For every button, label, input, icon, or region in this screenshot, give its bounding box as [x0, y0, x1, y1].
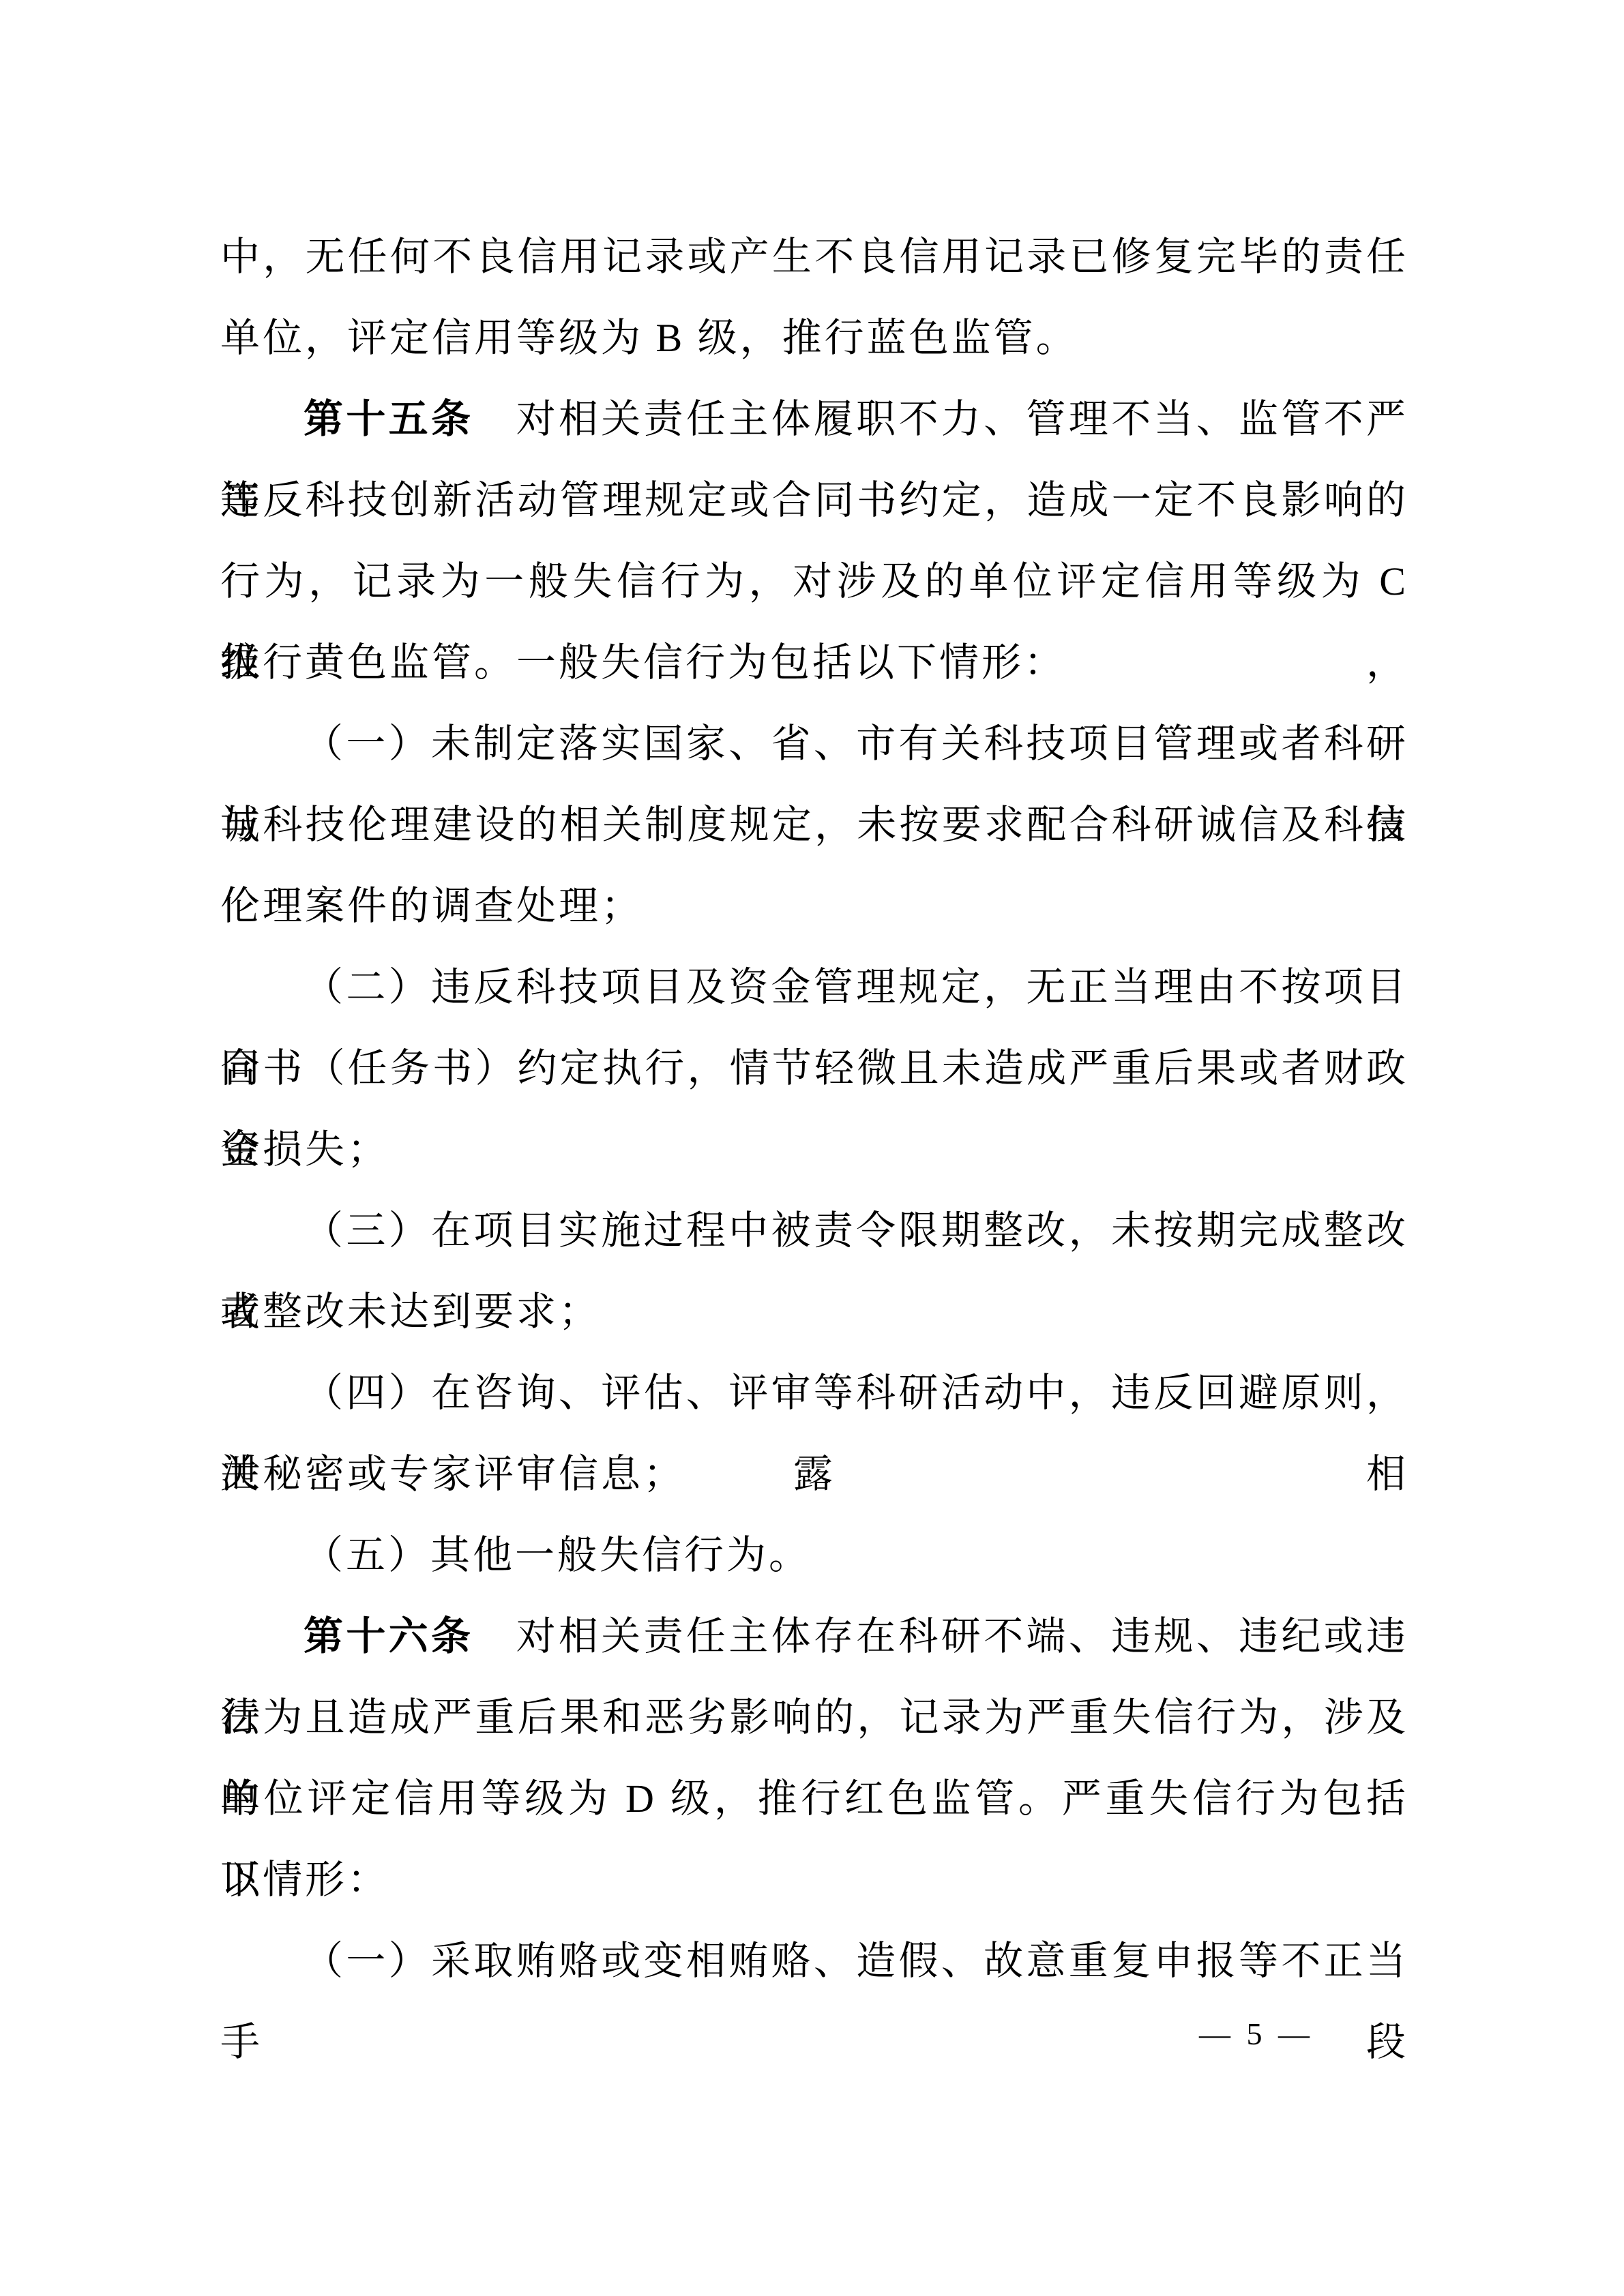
- line-text: 伦理案件的调查处理；: [220, 884, 643, 928]
- body-line: 违反科技创新活动管理规定或合同书约定，造成一定不良影响的: [220, 460, 1408, 541]
- document-body: 中，无任何不良信用记录或产生不良信用记录已修复完毕的责任 单位，评定信用等级为 …: [220, 216, 1408, 2001]
- line-text: 违反科技创新活动管理规定或合同书约定，造成一定不良影响的: [220, 478, 1408, 522]
- body-line: 与科技伦理建设的相关制度规定，未按要求配合科研诚信及科技: [220, 784, 1408, 865]
- line-text: 关秘密或专家评审信息；: [220, 1452, 685, 1496]
- body-line: 中，无任何不良信用记录或产生不良信用记录已修复完毕的责任: [220, 216, 1408, 297]
- body-line-item-5: （五）其他一般失信行为。: [220, 1515, 1408, 1596]
- page-number: — 5 —: [1199, 2014, 1314, 2055]
- document-page: 中，无任何不良信用记录或产生不良信用记录已修复完毕的责任 单位，评定信用等级为 …: [0, 0, 1624, 2296]
- line-text: 与科技伦理建设的相关制度规定，未按要求配合科研诚信及科技: [220, 803, 1408, 847]
- body-line: 金损失；: [220, 1109, 1408, 1190]
- body-line: 同书（任务书）约定执行，情节轻微且未造成严重后果或者财政资: [220, 1028, 1408, 1109]
- body-line-item-1-severe: （一）采取贿赂或变相贿赂、造假、故意重复申报等不正当手段: [220, 1920, 1408, 2001]
- body-line-item-2: （二）违反科技项目及资金管理规定，无正当理由不按项目合: [220, 946, 1408, 1028]
- line-text: 中，无任何不良信用记录或产生不良信用记录已修复完毕的责任: [220, 235, 1408, 279]
- body-line: 行为，记录为一般失信行为，对涉及的单位评定信用等级为 C 级，: [220, 541, 1408, 622]
- article-15-heading: 第十五条: [304, 397, 473, 441]
- body-line: 伦理案件的调查处理；: [220, 865, 1408, 946]
- body-line: 单位评定信用等级为 D 级，推行红色监管。严重失信行为包括以: [220, 1758, 1408, 1839]
- line-text: （五）其他一般失信行为。: [304, 1533, 811, 1577]
- line-text: 金损失；: [220, 1127, 389, 1172]
- line-text: 下情形：: [220, 1858, 389, 1902]
- body-line: 行为且造成严重后果和恶劣影响的，记录为严重失信行为，涉及的: [220, 1677, 1408, 1758]
- body-line-article-15: 第十五条 对相关责任主体履职不力、管理不当、监管不严等: [220, 378, 1408, 460]
- body-line: 单位，评定信用等级为 B 级，推行蓝色监管。: [220, 297, 1408, 378]
- article-16-heading: 第十六条: [304, 1614, 473, 1658]
- body-line-article-16: 第十六条 对相关责任主体存在科研不端、违规、违纪或违法: [220, 1596, 1408, 1677]
- body-line-item-3: （三）在项目实施过程中被责令限期整改，未按期完成整改或: [220, 1190, 1408, 1271]
- body-line: 者整改未达到要求；: [220, 1271, 1408, 1352]
- line-text: 单位，评定信用等级为 B 级，推行蓝色监管。: [220, 316, 1078, 360]
- line-text: 者整改未达到要求；: [220, 1289, 601, 1334]
- line-text: 推行黄色监管。一般失信行为包括以下情形：: [220, 640, 1066, 685]
- body-line-item-4: （四）在咨询、评估、评审等科研活动中，违反回避原则，泄露相: [220, 1352, 1408, 1433]
- body-line-item-1: （一）未制定落实国家、省、市有关科技项目管理或者科研诚信: [220, 703, 1408, 784]
- body-line: 下情形：: [220, 1839, 1408, 1920]
